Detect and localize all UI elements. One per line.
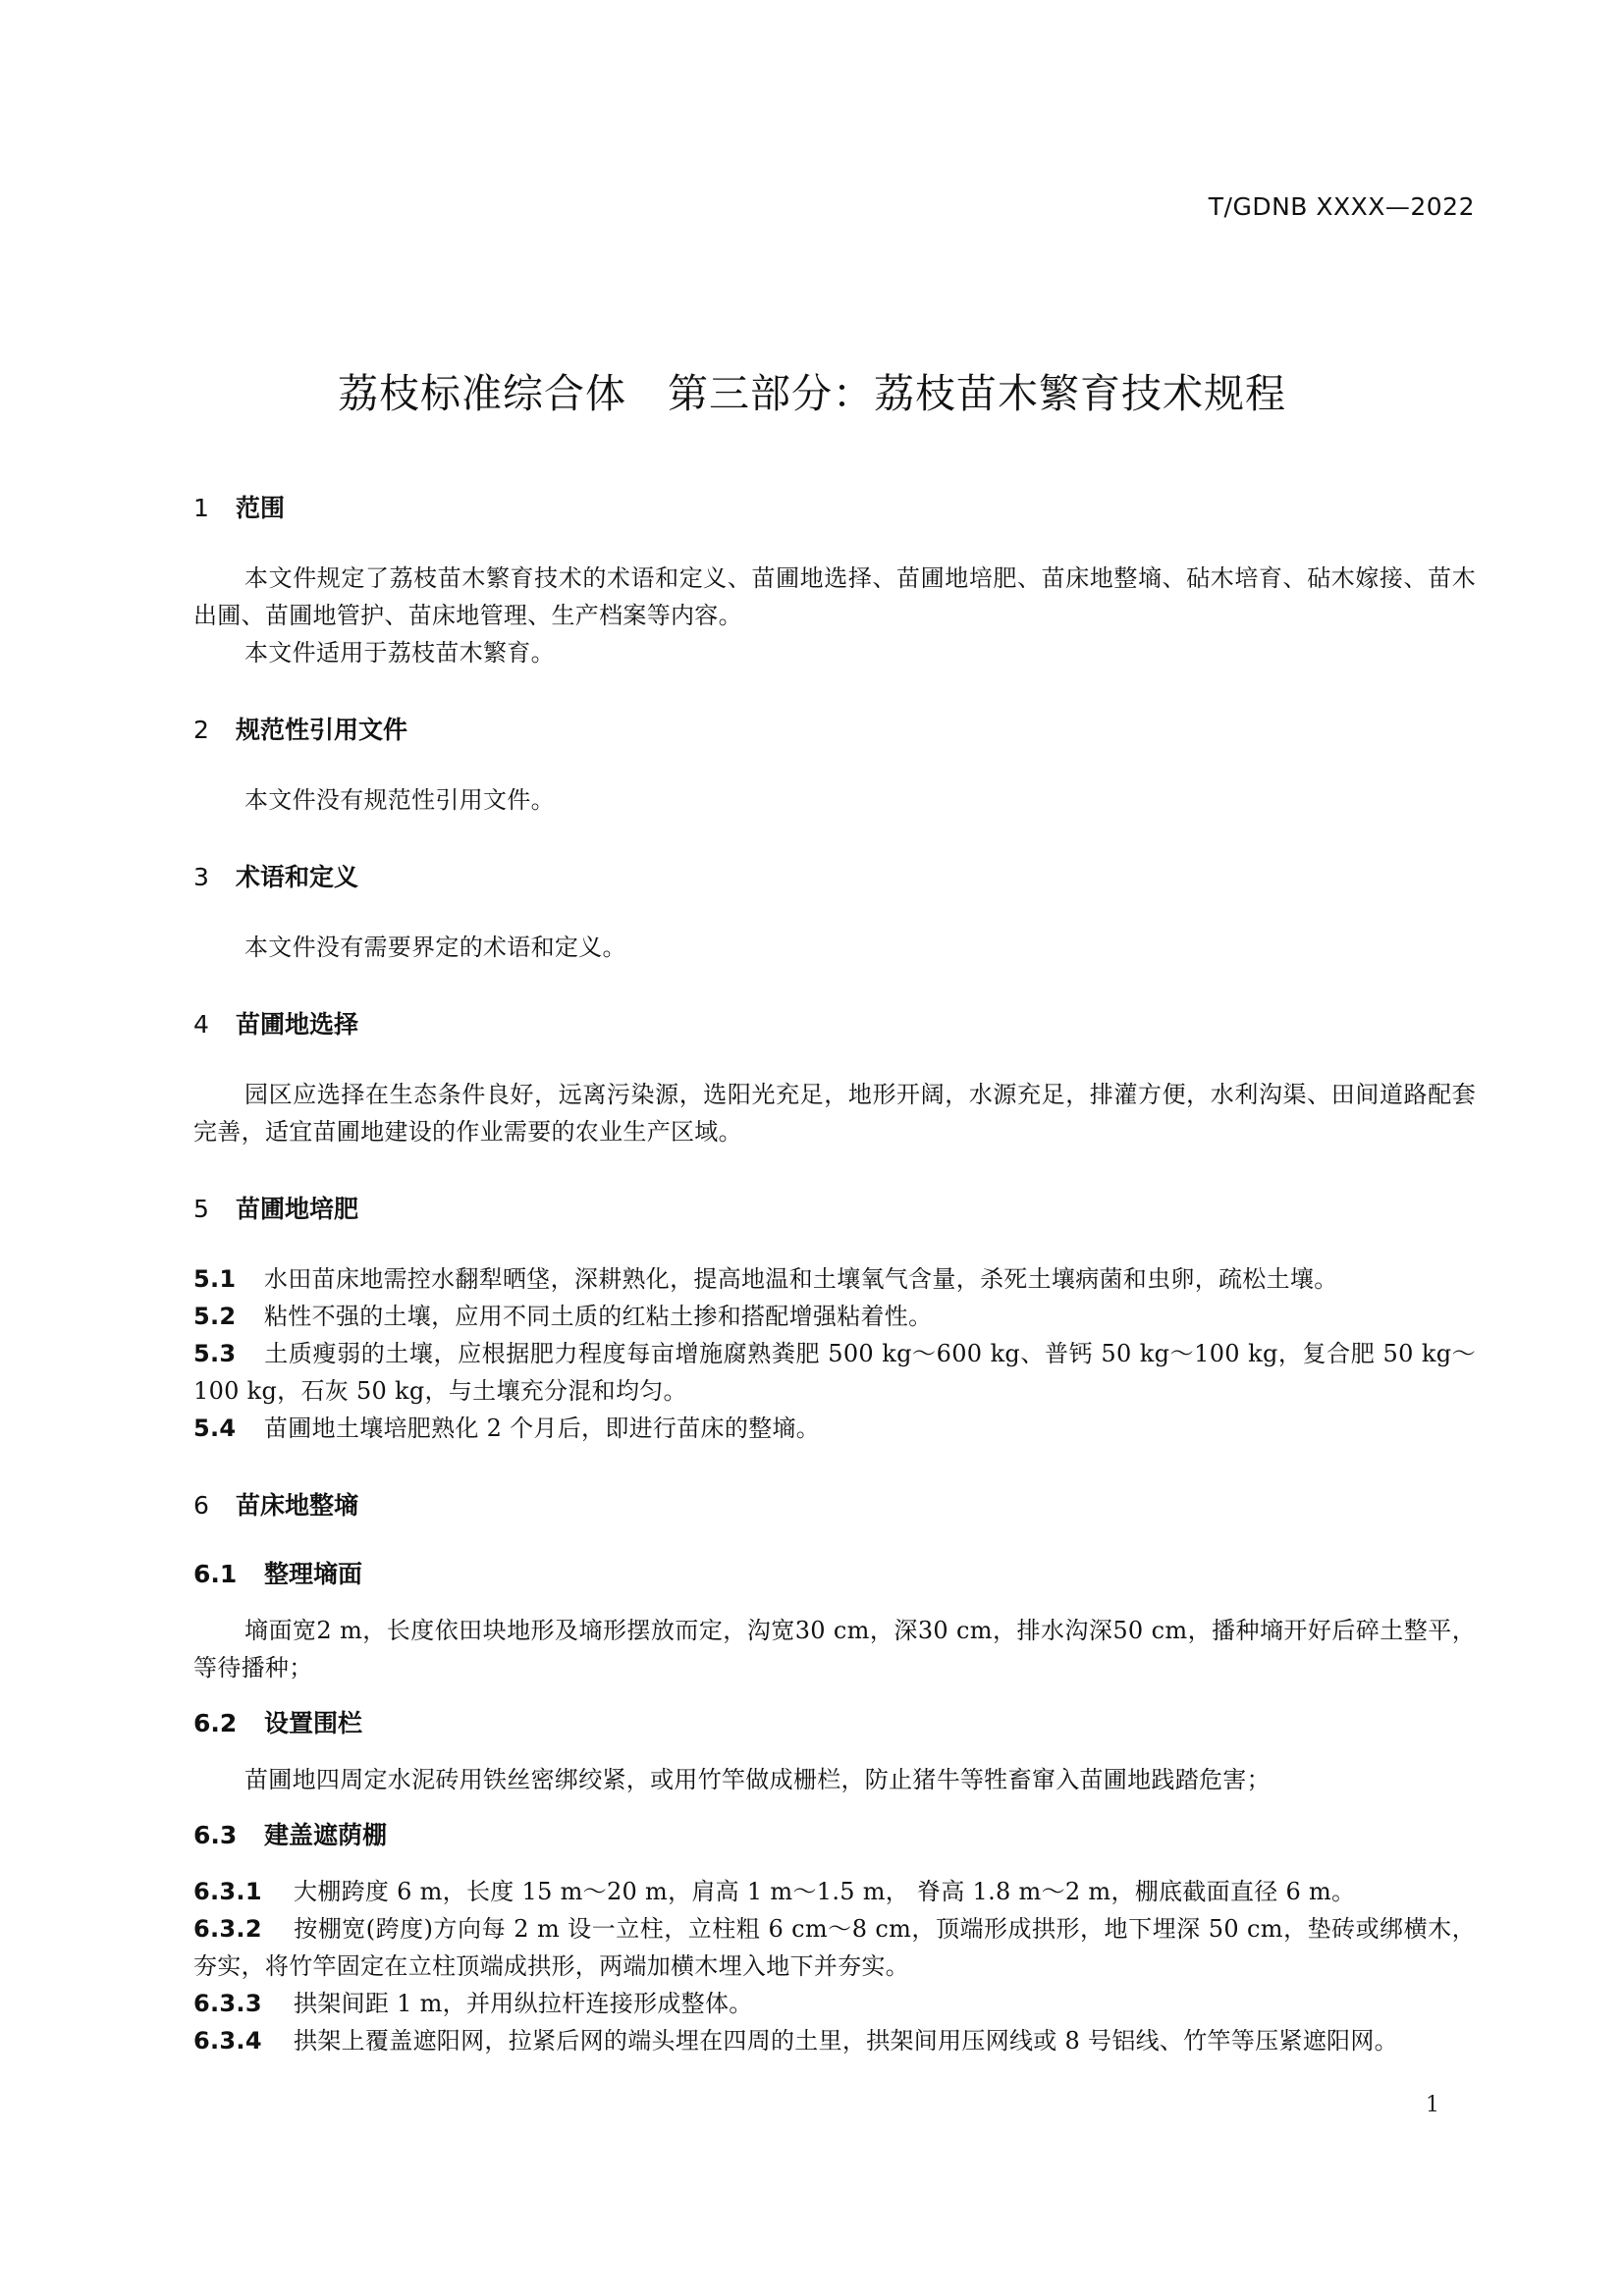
subsection-number: 6.1: [193, 1557, 264, 1592]
clause-text: 水田苗床地需控水翻犁晒垡，深耕熟化，提高地温和土壤氧气含量，杀死土壤病菌和虫卵，…: [264, 1265, 1338, 1293]
section-heading-1: 1 范围: [193, 491, 1476, 526]
clause-number: 5.3: [193, 1335, 264, 1372]
section-number: 6: [193, 1488, 236, 1523]
subsection-number: 6.2: [193, 1706, 264, 1741]
page-number: 1: [1426, 2093, 1439, 2117]
clause-6-3-2: 6.3.2按棚宽(跨度)方向每 2 m 设一立柱，立柱粗 6 cm～8 cm，顶…: [193, 1910, 1476, 1985]
clause-number: 6.3.4: [193, 2022, 294, 2059]
section-title: 规范性引用文件: [236, 713, 407, 748]
section-number: 4: [193, 1007, 236, 1042]
section-number: 2: [193, 713, 236, 748]
section-heading-5: 5 苗圃地培肥: [193, 1192, 1476, 1227]
standard-code: T/GDNB XXXX—2022: [1209, 192, 1475, 221]
paragraph: 本文件规定了荔枝苗木繁育技术的术语和定义、苗圃地选择、苗圃地培肥、苗床地整墒、砧…: [193, 560, 1476, 634]
paragraph: 墒面宽2 m，长度依田块地形及墒形摆放而定，沟宽30 cm，深30 cm，排水沟…: [193, 1612, 1476, 1686]
clause-number: 6.3.1: [193, 1873, 294, 1910]
subsection-title: 建盖遮荫棚: [264, 1818, 387, 1853]
paragraph: 本文件没有规范性引用文件。: [193, 781, 1476, 819]
clause-number: 5.2: [193, 1298, 264, 1335]
section-heading-2: 2 规范性引用文件: [193, 713, 1476, 748]
clause-6-3-3: 6.3.3拱架间距 1 m，并用纵拉杆连接形成整体。: [193, 1985, 1476, 2022]
section-heading-6: 6 苗床地整墒: [193, 1488, 1476, 1523]
clause-number: 6.3.3: [193, 1985, 294, 2022]
clause-number: 5.1: [193, 1260, 264, 1298]
subsection-heading-6-2: 6.2 设置围栏: [193, 1706, 1476, 1741]
section-title: 苗圃地选择: [236, 1007, 358, 1042]
clause-5-1: 5.1水田苗床地需控水翻犁晒垡，深耕熟化，提高地温和土壤氧气含量，杀死土壤病菌和…: [193, 1260, 1476, 1298]
clause-6-3-4: 6.3.4拱架上覆盖遮阳网，拉紧后网的端头埋在四周的土里，拱架间用压网线或 8 …: [193, 2022, 1476, 2059]
section-title: 苗圃地培肥: [236, 1192, 358, 1227]
clause-5-2: 5.2粘性不强的土壤，应用不同土质的红粘土掺和搭配增强粘着性。: [193, 1298, 1476, 1335]
subsection-title: 整理墒面: [264, 1557, 362, 1592]
clause-text: 拱架间距 1 m，并用纵拉杆连接形成整体。: [294, 1990, 753, 2017]
section-title: 术语和定义: [236, 860, 358, 895]
clause-number: 6.3.2: [193, 1910, 294, 1948]
section-title: 范围: [236, 491, 285, 526]
clause-5-4: 5.4苗圃地土壤培肥熟化 2 个月后，即进行苗床的整墒。: [193, 1410, 1476, 1447]
section-title: 苗床地整墒: [236, 1488, 358, 1523]
clause-text: 苗圃地土壤培肥熟化 2 个月后，即进行苗床的整墒。: [264, 1415, 820, 1442]
section-heading-3: 3 术语和定义: [193, 860, 1476, 895]
section-number: 3: [193, 860, 236, 895]
paragraph: 本文件适用于荔枝苗木繁育。: [193, 634, 1476, 671]
section-heading-4: 4 苗圃地选择: [193, 1007, 1476, 1042]
clause-text: 按棚宽(跨度)方向每 2 m 设一立柱，立柱粗 6 cm～8 cm，顶端形成拱形…: [193, 1915, 1476, 1980]
clause-text: 大棚跨度 6 m，长度 15 m～20 m，肩高 1 m～1.5 m， 脊高 1…: [294, 1878, 1355, 1905]
subsection-heading-6-1: 6.1 整理墒面: [193, 1557, 1476, 1592]
document-body: 1 范围 本文件规定了荔枝苗木繁育技术的术语和定义、苗圃地选择、苗圃地培肥、苗床…: [193, 491, 1476, 2059]
section-number: 1: [193, 491, 236, 526]
clause-5-3: 5.3土质瘦弱的土壤，应根据肥力程度每亩增施腐熟粪肥 500 kg～600 kg…: [193, 1335, 1476, 1410]
subsection-heading-6-3: 6.3 建盖遮荫棚: [193, 1818, 1476, 1853]
paragraph: 园区应选择在生态条件良好，远离污染源，选阳光充足，地形开阔，水源充足，排灌方便，…: [193, 1076, 1476, 1150]
subsection-title: 设置围栏: [264, 1706, 362, 1741]
section-number: 5: [193, 1192, 236, 1227]
clause-text: 土质瘦弱的土壤，应根据肥力程度每亩增施腐熟粪肥 500 kg～600 kg、普钙…: [193, 1340, 1476, 1405]
clause-text: 拱架上覆盖遮阳网，拉紧后网的端头埋在四周的土里，拱架间用压网线或 8 号铝线、竹…: [294, 2027, 1398, 2055]
clause-6-3-1: 6.3.1大棚跨度 6 m，长度 15 m～20 m，肩高 1 m～1.5 m，…: [193, 1873, 1476, 1910]
paragraph: 苗圃地四周定水泥砖用铁丝密绑绞紧，或用竹竿做成栅栏，防止猪牛等牲畜窜入苗圃地践踏…: [193, 1761, 1476, 1798]
clause-text: 粘性不强的土壤，应用不同土质的红粘土掺和搭配增强粘着性。: [264, 1303, 932, 1330]
clause-number: 5.4: [193, 1410, 264, 1447]
document-title: 荔枝标准综合体 第三部分：荔枝苗木繁育技术规程: [0, 361, 1624, 419]
subsection-number: 6.3: [193, 1818, 264, 1853]
document-page: T/GDNB XXXX—2022 荔枝标准综合体 第三部分：荔枝苗木繁育技术规程…: [0, 0, 1624, 2296]
paragraph: 本文件没有需要界定的术语和定义。: [193, 929, 1476, 966]
